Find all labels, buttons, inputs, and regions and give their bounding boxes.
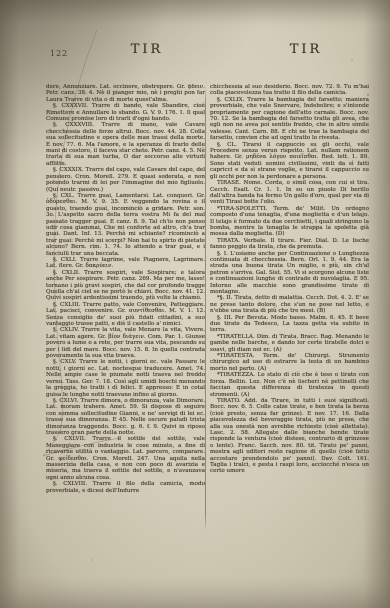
dictionary-paragraph: *TIRATESTA. Term. de' Chirurgi. Strument… <box>210 353 369 372</box>
text-column-left: dere, Annunziare. Lat. occinere, obstrep… <box>46 84 205 536</box>
dictionary-paragraph: dere, Annunziare. Lat. occinere, obstrep… <box>46 84 205 103</box>
dictionary-paragraph: chicchessia al suo desiderio. Bocc. nov.… <box>210 84 369 97</box>
dictionary-paragraph: *§. II. Tirata, detto di malattia. Cecch… <box>210 295 369 314</box>
text-column-right: chicchessia al suo desiderio. Bocc. nov.… <box>210 84 369 536</box>
running-head-left: TIR <box>112 42 182 57</box>
page-number: 122 <box>50 49 68 58</box>
dictionary-paragraph: *TIRATEZZA. Lo stato di ciò che è teso o… <box>210 372 369 398</box>
dictionary-paragraph: §. CXLVIII. Trarre il filo della camicia… <box>46 481 205 494</box>
dictionary-paragraph: §. CXXXVII. Trarre di bando, vale Sbandi… <box>46 103 205 122</box>
dictionary-paragraph: §. CXLIV. Trarre la vita, vale Menare la… <box>46 327 205 359</box>
dictionary-paragraph: *TIRATELLA. Dim. di Tirata. Bracc. Rag. … <box>210 334 369 353</box>
dictionary-paragraph: §. CXL. Trarre guai, Lamentarsi. Lat. co… <box>46 193 205 257</box>
dictionary-paragraph: §. CXLVII. Trarre il sottile del sottile… <box>46 436 205 481</box>
dictionary-paragraph: §. CXLIII. Trarre patto, vale Convenire,… <box>46 302 205 328</box>
running-head-right: TIR <box>271 42 341 57</box>
dictionary-paragraph: §. CXLVI. Trarre dimora, o dimoranza, va… <box>46 398 205 436</box>
book-page: 122 TIR TIR dere, Annunziare. Lat. occin… <box>0 0 390 608</box>
dictionary-paragraph: §. CXLI. Trarre lagrime, vale Piagnere, … <box>46 257 205 270</box>
dictionary-paragraph: TIRATO. Add. da Tirare, in tutti i suoi … <box>210 398 369 475</box>
dictionary-paragraph: TIRATA. Verbale. Il tirare. Fier. Dial. … <box>210 238 369 251</box>
column-divider-rule <box>205 86 206 532</box>
dictionary-paragraph: §. CL. Tirarsi il cappuccio su gli occhi… <box>210 142 369 180</box>
dictionary-paragraph: *TIRA-SPOLETTI. Term. de' Milit. Un orde… <box>210 206 369 238</box>
dictionary-paragraph: §. CXLII. Trarre sospiri, vale Sospirare… <box>46 270 205 302</box>
dictionary-paragraph: §. CXXXIX. Trarre del capo, vale Cavare … <box>46 167 205 193</box>
dictionary-paragraph: §. CXXXVIII. Trarre di mano, vale Cavare… <box>46 122 205 167</box>
dictionary-paragraph: §. CXLIX. Trarre la bambagia del farsett… <box>210 97 369 142</box>
dictionary-paragraph: §. III. Per Bevuta. Modo basso. Malm. 6.… <box>210 315 369 334</box>
dictionary-paragraph: §. I. L'usiamo anche per Continuazione o… <box>210 251 369 296</box>
dictionary-paragraph: §. CXLV. Trarre le notti, i giorni ec. v… <box>46 359 205 397</box>
dictionary-paragraph: TIRASE. Nome. Corda, o simil cosa, con c… <box>210 180 369 206</box>
